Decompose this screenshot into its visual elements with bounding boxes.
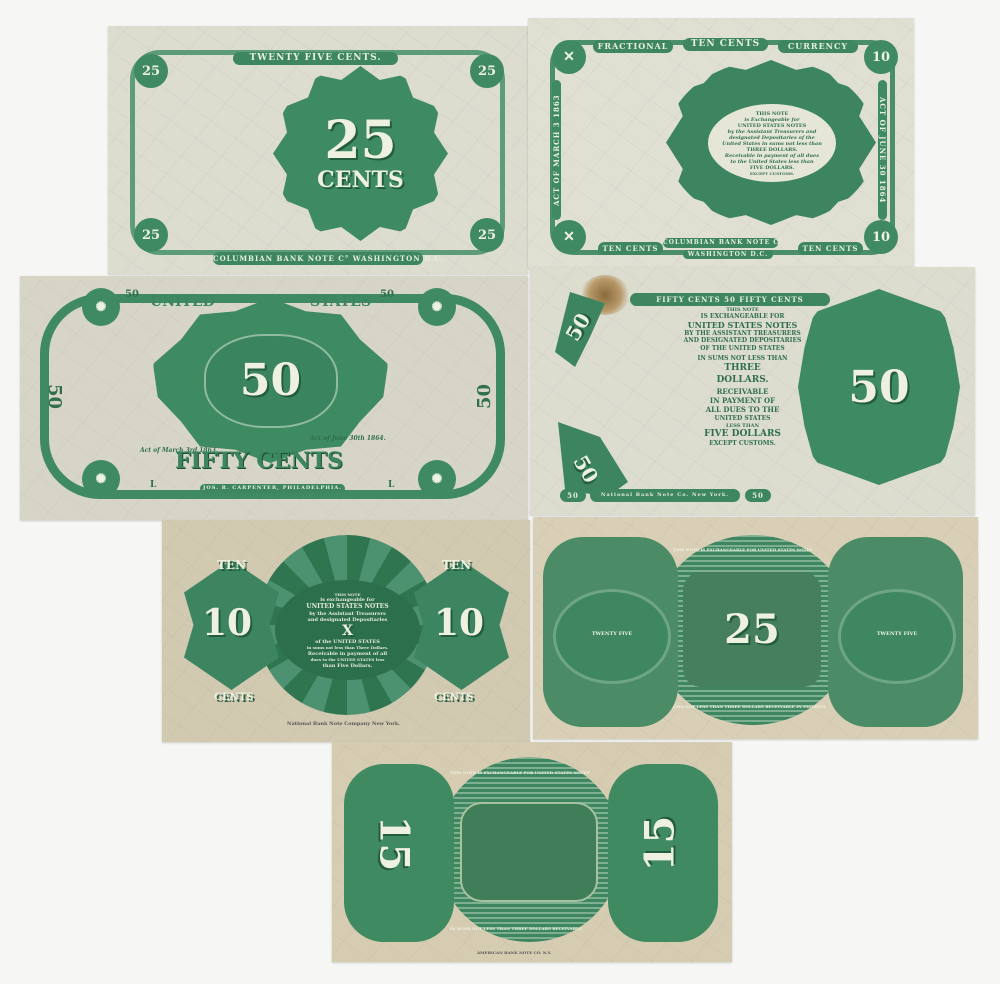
side-value: 50 (380, 290, 394, 299)
plate-letter: L (388, 481, 394, 490)
note-50-cents-fourth-issue: FIFTY CENTS 50 FIFTY CENTS 50 50 THIS NO… (530, 267, 975, 515)
denomination-right: 15 (636, 816, 683, 872)
fifty-cents-label: FIFTY CENTS (175, 448, 343, 474)
center-panel: 25 (683, 572, 821, 687)
bottom-band-imprint: COLUMBIAN BANK NOTE C° (663, 238, 778, 248)
note-text: IN SUMS NOT LESS THAN (698, 354, 788, 363)
denomination: 50 (240, 355, 301, 406)
imprint: AMERICAN BANK NOTE CO. N.Y. (477, 948, 551, 957)
label-ten: TEN (217, 558, 246, 572)
denomination-left: 10 (202, 602, 252, 644)
top-band-currency: CURRENCY (778, 40, 858, 53)
bottom-arc-text: IN SUMS NOT LESS THAN THREE DOLLARS RECE… (450, 924, 582, 933)
note-text: IN PAYMENT OF (710, 396, 775, 405)
denomination: 25 (724, 606, 780, 653)
note-15-cents-fourth-issue: THIS NOTE IS EXCHANGEABLE FOR UNITED STA… (332, 742, 732, 962)
plate-letter: L (150, 481, 156, 490)
corner-x: ✕ (552, 220, 586, 254)
denomination-rosette: 50 (798, 289, 960, 485)
top-left-united: UNITED (150, 294, 215, 310)
side-text-left: ACT OF MARCH 3 1863 (552, 80, 561, 220)
top-band-ten-cents: TEN CENTS (683, 38, 768, 51)
note-50-cents-fifth-issue: ✺ ✺ ✺ ✺ UNITED STATES 50 50 50 50 50 Act… (20, 276, 528, 520)
note-10-cents-fifth-issue: FRACTIONAL TEN CENTS CURRENCY 10 10 ✕ ✕ … (528, 18, 914, 268)
star-rosette: ✺ (82, 288, 120, 326)
center-text-panel: THIS NOTE is Exchangeable for UNITED STA… (708, 104, 836, 182)
corner-value: 10 (864, 220, 898, 254)
bottom-band-city: WASHINGTON D.C. (683, 250, 773, 259)
note-25-cents-fifth-issue: TWENTY FIVE CENTS. COLUMBIAN BANK NOTE C… (108, 26, 528, 274)
star-rosette: ✺ (418, 460, 456, 498)
imprint: National Bank Note Company New York. (287, 720, 400, 729)
top-right-states: STATES (310, 294, 371, 310)
corner-value: 25 (470, 54, 504, 88)
center-text-panel: THIS NOTE is exchangeable for UNITED STA… (275, 580, 420, 680)
bottom-value: 50 (745, 489, 771, 502)
note-text: UNITED STATES NOTES (688, 320, 798, 330)
bottom-value: 50 (560, 489, 586, 502)
note-text: ALL DUES TO THE (706, 405, 780, 414)
side-text-right: ACT OF JUNE 30 1864 (878, 80, 887, 220)
label-ten: TEN (442, 558, 471, 572)
denomination: 25 (324, 115, 396, 167)
cents-label: CENTS (317, 167, 404, 193)
corner-value: 25 (470, 218, 504, 252)
bottom-band-left: TEN CENTS (598, 242, 663, 255)
label-cents: CENTS (434, 692, 473, 703)
top-band: TWENTY FIVE CENTS. (233, 52, 398, 65)
bottom-arc-text: IN SUMS NOT LESS THAN THREE DOLLARS RECE… (663, 702, 826, 711)
side-value-right: 50 (474, 384, 495, 409)
corner-value: 25 (134, 54, 168, 88)
note-text: DOLLARS. (716, 373, 768, 387)
note-text: UNITED STATES (714, 414, 770, 423)
side-value-left: 50 (44, 384, 65, 409)
denomination-right: 10 (434, 602, 484, 644)
top-band-fractional: FRACTIONAL (593, 40, 673, 53)
note-10-cents-fourth-issue: THIS NOTE is exchangeable for UNITED STA… (162, 520, 530, 742)
note-text: BY THE ASSISTANT TREASURERS (684, 330, 800, 337)
corner-value: 10 (864, 40, 898, 74)
note-text: AND DESIGNATED DEPOSITARIES (684, 337, 802, 344)
bottom-band: JOS. R. CARPENTER, PHILADELPHIA. (200, 484, 345, 493)
label-cents: CENTS (214, 692, 253, 703)
note-text: FIVE DOLLARS (704, 429, 781, 440)
top-band: FIFTY CENTS 50 FIFTY CENTS (630, 293, 830, 306)
corner-value: 25 (134, 218, 168, 252)
denomination: 50 (848, 362, 909, 413)
bottom-band-right: TEN CENTS (798, 242, 863, 255)
note-text: EXCEPT CUSTOMS. (750, 171, 794, 176)
right-oval: TWENTY FIVE (838, 589, 956, 684)
top-arc-text: THIS NOTE IS EXCHANGEABLE FOR UNITED STA… (673, 545, 812, 554)
oval-text: TWENTY FIVE (841, 630, 953, 639)
act-right: Act of June 30th 1864. (310, 434, 386, 443)
center-panel (460, 802, 598, 902)
center-text: THIS NOTE IS EXCHANGEABLE FOR UNITED STA… (675, 307, 810, 448)
note-text: EXCEPT CUSTOMS. (709, 440, 775, 448)
side-value: 50 (125, 290, 139, 299)
left-oval: TWENTY FIVE (553, 589, 671, 684)
bottom-band: COLUMBIAN BANK NOTE C° WASHINGTON D.C. (213, 252, 423, 265)
top-arc-text: THIS NOTE IS EXCHANGEABLE FOR UNITED STA… (450, 768, 589, 777)
note-text: IS EXCHANGEABLE FOR (701, 313, 785, 320)
corner-x: ✕ (552, 40, 586, 74)
star-rosette: ✺ (418, 288, 456, 326)
center-mark: X (342, 623, 353, 639)
note-text: than Five Dollars. (323, 663, 373, 669)
bottom-imprint: National Bank Note Co. New York. (590, 489, 740, 502)
star-rosette: ✺ (82, 460, 120, 498)
oval-text: TWENTY FIVE (556, 630, 668, 639)
note-text: RECEIVABLE (717, 387, 769, 396)
note-25-cents-fourth-issue: THIS NOTE IS EXCHANGEABLE FOR UNITED STA… (533, 517, 978, 739)
note-text: UNITED STATES NOTES (306, 603, 388, 611)
note-text: OF THE UNITED STATES (700, 344, 784, 354)
denomination-left: 15 (370, 816, 417, 872)
note-text: THREE (724, 363, 760, 373)
